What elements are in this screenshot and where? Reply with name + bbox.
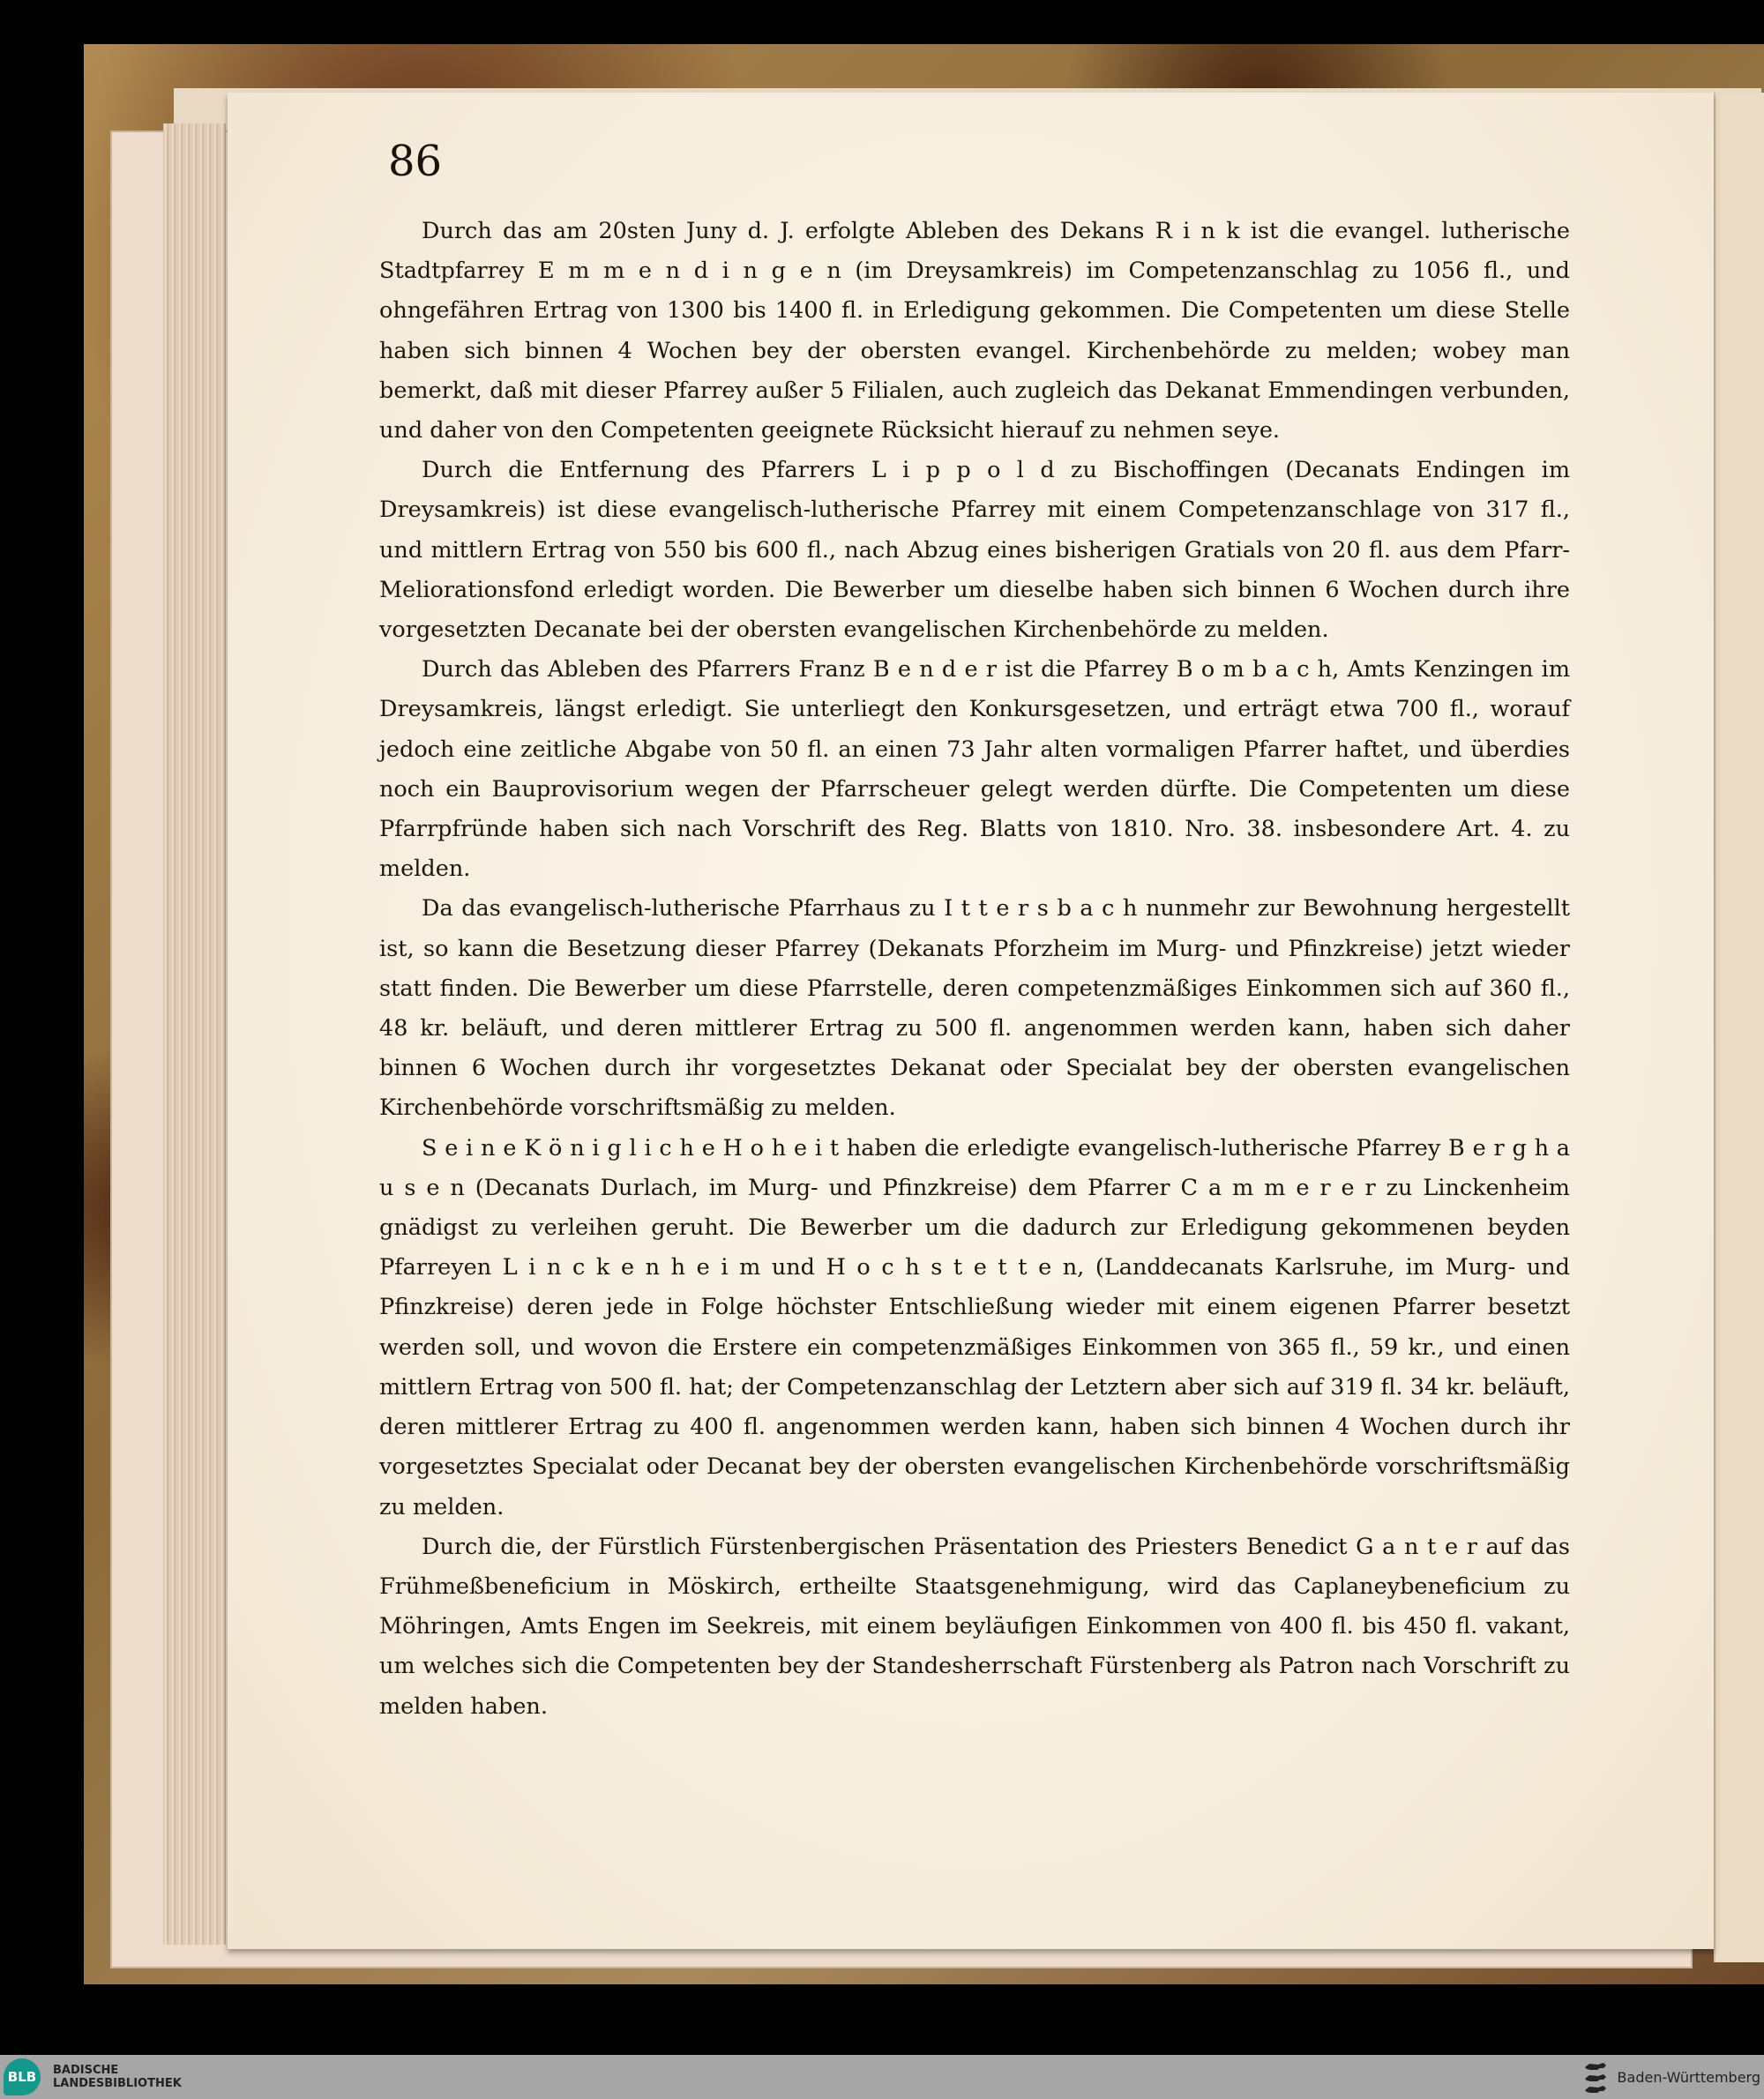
three-lions-icon	[1582, 2059, 1609, 2095]
paragraph-bombach: Durch das Ableben des Pfarrers Franz B e…	[379, 650, 1570, 889]
blb-name-line2: LANDESBIBLIOTHEK	[53, 2077, 182, 2090]
blb-name: BADISCHE LANDESBIBLIOTHEK	[53, 2064, 182, 2090]
blb-name-line1: BADISCHE	[53, 2064, 182, 2077]
blb-badge-icon: BLB	[4, 2058, 41, 2095]
paragraph-moehringen: Durch die, der Fürstlich Fürstenbergisch…	[379, 1528, 1570, 1727]
page-stack-edge	[163, 123, 226, 1945]
paragraph-emmendingen: Durch das am 20sten Juny d. J. erfolgte …	[379, 212, 1570, 451]
paragraph-ittersbach: Da das evangelisch-lutherische Pfarrhaus…	[379, 889, 1570, 1128]
baden-wuerttemberg-text: Baden-Württemberg	[1618, 2069, 1760, 2086]
page-text: Durch das am 20sten Juny d. J. erfolgte …	[379, 212, 1570, 1727]
footer-bar: BLB BADISCHE LANDESBIBLIOTHEK Baden-Würt…	[0, 2055, 1764, 2099]
facing-page-edge	[1714, 93, 1764, 1962]
page-number: 86	[388, 137, 442, 186]
baden-wuerttemberg-logo[interactable]: Baden-Württemberg	[1582, 2059, 1760, 2095]
blb-logo[interactable]: BLB BADISCHE LANDESBIBLIOTHEK	[4, 2058, 182, 2095]
paragraph-berghausen: S e i n e K ö n i g l i c h e H o h e i …	[379, 1129, 1570, 1528]
paragraph-bischoffingen: Durch die Entfernung des Pfarrers L i p …	[379, 451, 1570, 650]
